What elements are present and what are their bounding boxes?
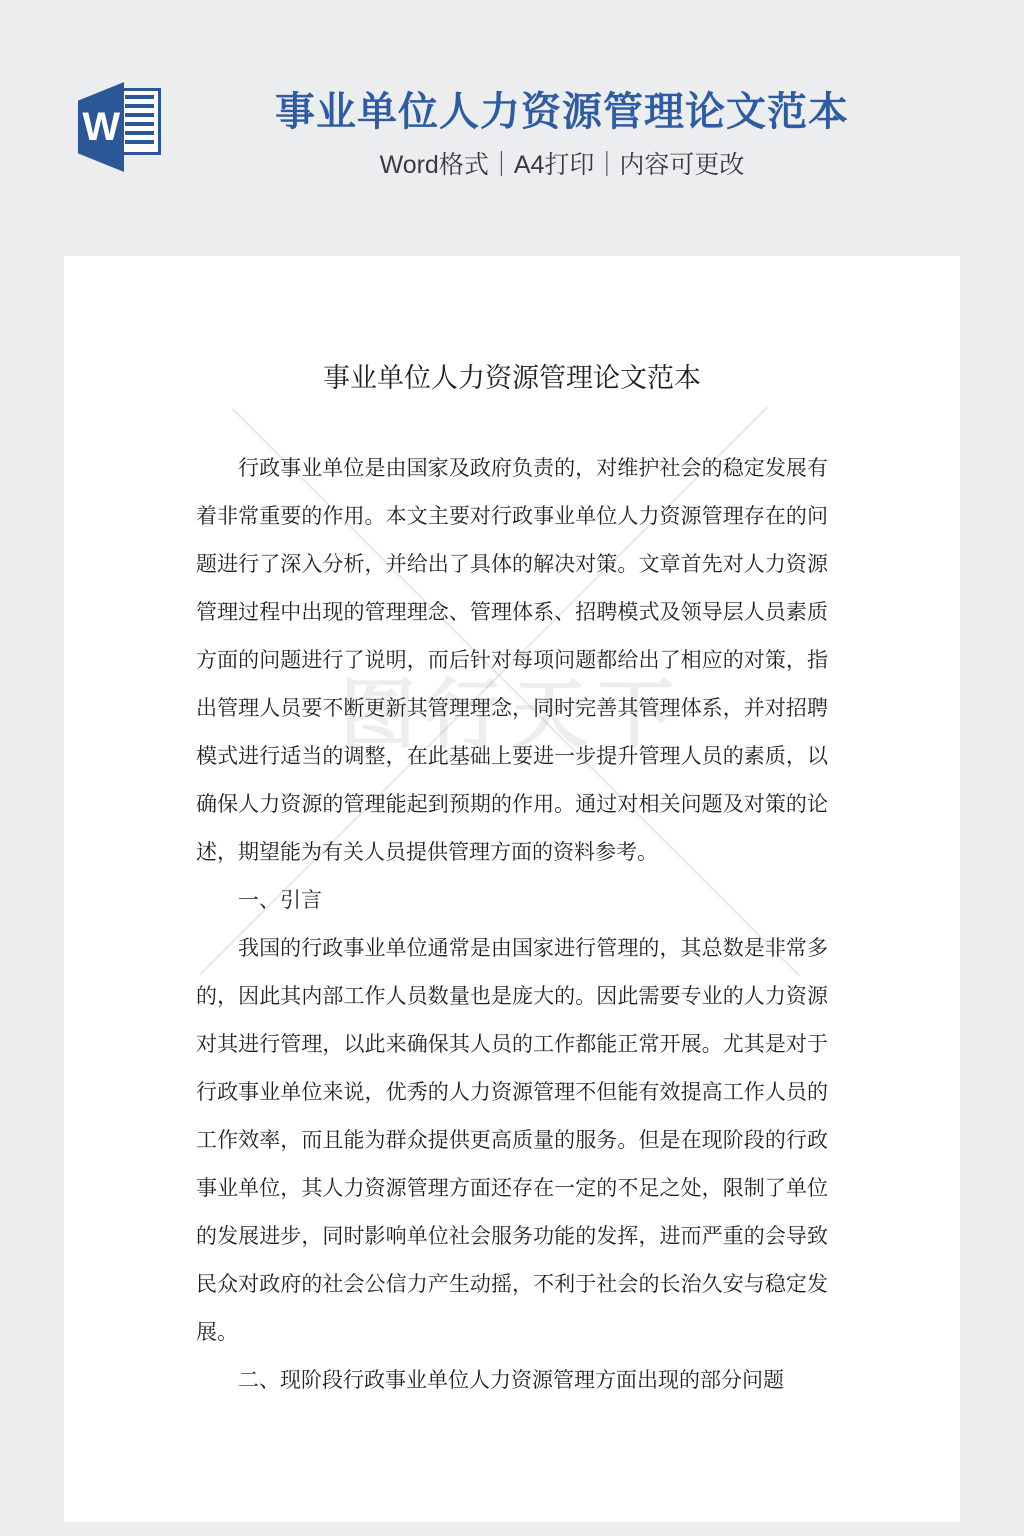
page-background: { "banner": { "icon": { "letter": "W" },… [0,0,1024,1536]
banner: W 事业单位人力资源管理论文范本 Word格式｜A4打印｜内容可更改 [0,0,1024,256]
abstract-paragraph: 行政事业单位是由国家及政府负责的，对维护社会的稳定发展有着非常重要的作用。本文主… [196,444,828,876]
heading-section-two: 二、现阶段行政事业单位人力资源管理方面出现的部分问题 [196,1356,828,1404]
banner-text-block: 事业单位人力资源管理论文范本 Word格式｜A4打印｜内容可更改 [100,88,1024,182]
document-body: 行政事业单位是由国家及政府负责的，对维护社会的稳定发展有着非常重要的作用。本文主… [196,444,828,1404]
heading-introduction: 一、引言 [196,876,828,924]
document-title: 事业单位人力资源管理论文范本 [196,358,828,400]
banner-title: 事业单位人力资源管理论文范本 [100,88,1024,136]
document-page: 图行天下 事业单位人力资源管理论文范本 行政事业单位是由国家及政府负责的，对维护… [64,256,960,1522]
banner-subtitle: Word格式｜A4打印｜内容可更改 [100,148,1024,182]
introduction-paragraph: 我国的行政事业单位通常是由国家进行管理的，其总数是非常多的，因此其内部工作人员数… [196,924,828,1356]
document-content: 事业单位人力资源管理论文范本 行政事业单位是由国家及政府负责的，对维护社会的稳定… [64,256,960,1404]
